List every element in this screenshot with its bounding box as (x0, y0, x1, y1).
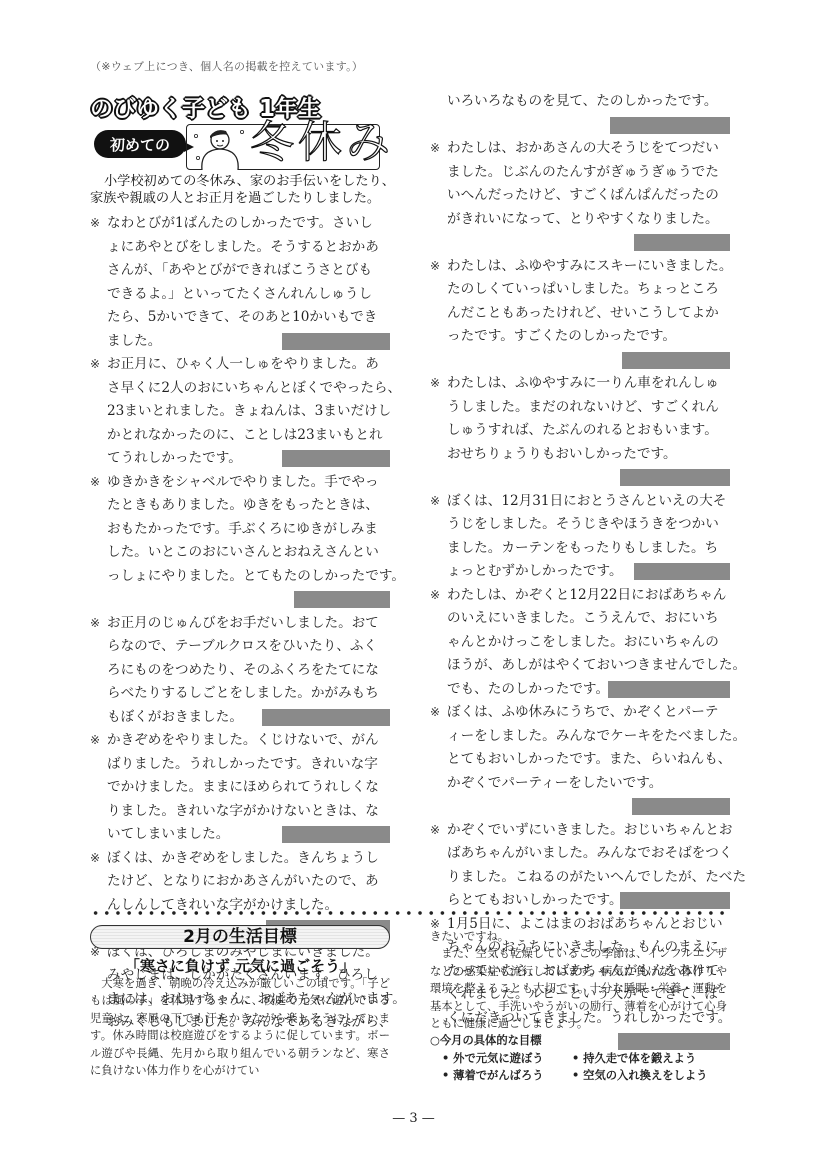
name-redaction-bar (294, 591, 390, 608)
essay-line-text: わたしは、かぞくと12月22日におばあちゃん (447, 587, 726, 603)
essay-line: いろいろなものを見て、たのしかったです。 (447, 90, 730, 114)
asterisk-bullet-icon: ※ (430, 819, 440, 843)
essay-line-text: とてもおいしかったです。また、らいねんも、 (447, 751, 731, 767)
redaction-row (447, 349, 730, 373)
essay-line-text: わたしは、ふゆやすみに一りん車をれんしゅ (447, 375, 719, 391)
name-redaction-bar (622, 352, 730, 369)
essay-line: ぼくは、かきぞめをしました。きんちょうし (107, 847, 390, 871)
essay-line-text: たのしくていっぱいしました。ちょっところ (447, 281, 719, 297)
essay-item: ※ぼくは、ふゆ休みにうちで、かぞくとパーティーをしました。みんなでケーキをたべま… (430, 701, 730, 819)
essay-line: できるよ。」といってたくさんれんしゅうし (107, 283, 390, 307)
essay-line: らとてもおいしかったです。 (447, 889, 730, 913)
asterisk-bullet-icon: ※ (430, 255, 440, 279)
redaction-row (447, 795, 730, 819)
essay-line-text: ぼくは、ふゆ休みにうちで、かぞくとパーテ (447, 704, 718, 720)
essay-line: ぼくは、12月31日におとうさんといえの大そ (447, 490, 730, 514)
target-item: 空気の入れ換えをしよう (572, 1067, 732, 1084)
essay-line: らなので、テーブルクロスをひいたり、ふく (107, 635, 390, 659)
essay-line-text: かきぞめをやりました。くじけないで、がん (107, 732, 379, 748)
essay-line-text: ょにあやとびをしました。そうするとおかあ (107, 239, 379, 255)
targets-list: 外で元気に遊ぼう 持久走で体を鍛えよう 薄着でがんばろう 空気の入れ換えをしよう (430, 1050, 727, 1085)
essay-line: いてしまいました。 (107, 823, 390, 847)
essay-line: たのしくていっぱいしました。ちょっところ (447, 278, 730, 302)
essay-item: ※わたしは、かぞくと12月22日におばあちゃんのいえにいきました。こうえんで、お… (430, 584, 730, 702)
essay-line-text: お正月のじゅんびをお手だいしました。おて (107, 615, 379, 631)
essay-line-text: りました。きれいな字がかけないときは、な (107, 803, 379, 819)
essay-item: いろいろなものを見て、たのしかったです。 (430, 90, 730, 137)
essay-line-text: たら、5かいできて、そのあと10かいもでき (107, 309, 377, 325)
essay-item: ※わたしは、ふゆやすみに一りん車をれんしゅうしました。まだのれないけど、すごくれ… (430, 372, 730, 490)
essay-line-text: ゆきかきをシャベルでやりました。手でやっ (107, 474, 379, 490)
web-privacy-note: （※ウェブ上につき、個人名の掲載を控えています。） (90, 58, 363, 74)
speech-bubble-label: 初めての (94, 130, 186, 158)
name-redaction-bar (282, 333, 390, 350)
essay-line: さ早くに2人のおにいちゃんとぼくでやったら、 (107, 377, 390, 401)
essay-line-text: ろにものをつめたり、そのふくろをたてにな (107, 662, 379, 678)
redaction-row (447, 466, 730, 490)
asterisk-bullet-icon: ※ (90, 212, 100, 236)
essay-line: のいえにいきました。こうえんで、おにいち (447, 607, 730, 631)
essay-line: わたしは、ふゆやすみにスキーにいきました。 (447, 255, 730, 279)
essay-line-text: いてしまいました。 (107, 826, 229, 842)
goal-paragraph-1: 大寒を過ぎ、朝晩の冷え込みが厳しいこの頃です。「子どもは風の子」を体現するように… (90, 975, 390, 1079)
essay-line-text: いへんだったけど、すごくぱんぱんだったの (447, 187, 719, 203)
essay-line-text: ほうが、あしがはやくておいつきませんでした。 (447, 657, 746, 673)
essay-line: んだこともあったけれど、せいこうしてよか (447, 302, 730, 326)
goal-paragraph-1-end: きたいですね。 (430, 928, 727, 945)
monthly-goal-slogan: 「寒さに負けず 元気に過ごそう」 (90, 955, 390, 976)
redaction-row (107, 588, 390, 612)
target-item: 薄着でがんばろう (442, 1067, 572, 1084)
name-redaction-bar (282, 826, 390, 843)
essay-line: ょにあやとびをしました。そうするとおかあ (107, 236, 390, 260)
essay-line-text: らとてもおいしかったです。 (447, 892, 623, 908)
essay-line: うしました。まだのれないけど、すごくれん (447, 396, 730, 420)
essay-line: ろにものをつめたり、そのふくろをたてにな (107, 659, 390, 683)
essay-line: たら、5かいできて、そのあと10かいもでき (107, 306, 390, 330)
snowman-icon (190, 126, 250, 170)
essay-line-text: たときもありました。ゆきをもったときは、 (107, 497, 379, 513)
essay-line: ゆきかきをシャベルでやりました。手でやっ (107, 471, 390, 495)
essay-line-text: たけど、となりにおかあさんがいたので、あ (107, 873, 379, 889)
essay-line: りました。きれいな字がかけないときは、な (107, 800, 390, 824)
essay-line-text: さんが、「あやとびができればこうさとびも (107, 262, 372, 278)
essay-item: ※お正月に、ひゃく人一しゅをやりました。あさ早くに2人のおにいちゃんとぼくでやっ… (90, 353, 390, 471)
essay-item: ※わたしは、おかあさんの大そうじをてつだいました。じぶんのたんすがぎゅうぎゅうで… (430, 137, 730, 255)
monthly-goal-heading: 2月の生活目標 (90, 925, 390, 949)
essay-line: わたしは、かぞくと12月22日におばあちゃん (447, 584, 730, 608)
essay-line: ました。じぶんのたんすがぎゅうぎゅうでた (447, 161, 730, 185)
essay-line-text: かとれなかったのに、ことしは23まいもとれ (107, 427, 383, 443)
essay-line-text: ィーをしました。みんなでケーキをたべました。 (447, 728, 746, 744)
essay-line-text: 23まいとれました。きょねんは、3まいだけし (107, 403, 391, 419)
targets-title: ○今月の具体的な目標 (430, 1032, 727, 1049)
essay-line-text: ょっとむずかしかったです。 (447, 563, 623, 579)
essay-item: ※かぞくでいずにいきました。おじいちゃんとおばあちゃんがいました。みんなでおそば… (430, 819, 730, 913)
name-redaction-bar (620, 469, 730, 486)
essay-line: でも、たのしかったです。 (447, 678, 730, 702)
essay-line: でかけました。ままにほめられてうれしくな (107, 776, 390, 800)
target-item: 外で元気に遊ぼう (442, 1050, 572, 1067)
essay-line-text: わたしは、おかあさんの大そうじをてつだい (447, 140, 719, 156)
essay-line: ほうが、あしがはやくておいつきませんでした。 (447, 654, 730, 678)
essay-line: ばあちゃんがいました。みんなでおそばをつく (447, 842, 730, 866)
essay-line-text: できるよ。」といってたくさんれんしゅうし (107, 286, 372, 302)
essay-line: わたしは、おかあさんの大そうじをてつだい (447, 137, 730, 161)
essay-line: っしょにやりました。とてもたのしかったです。 (107, 565, 390, 589)
essay-line-text: もぼくがおきました。 (107, 709, 243, 725)
name-redaction-bar (620, 892, 730, 909)
essay-line-text: ったです。すごくたのしかったです。 (447, 328, 676, 344)
essay-line-text: した。いとこのおにいさんとおねえさんとい (107, 544, 379, 560)
name-redaction-bar (610, 117, 730, 134)
essay-line-text: わたしは、ふゆやすみにスキーにいきました。 (447, 258, 732, 274)
essay-line-text: おもたかったです。手ぶくろにゆきがしみま (107, 521, 378, 537)
asterisk-bullet-icon: ※ (90, 612, 100, 636)
essay-line: かぞくでパーティーをしたいです。 (447, 772, 730, 796)
essay-line-text: ぼくは、かきぞめをしました。きんちょうし (107, 850, 379, 866)
essay-line-text: ゃんとかけっこをしました。おにいちゃんの (447, 634, 719, 650)
essay-line-text: でかけました。ままにほめられてうれしくな (107, 779, 379, 795)
essay-line-text: ました。じぶんのたんすがぎゅうぎゅうでた (447, 164, 719, 180)
essay-line-text: んだこともあったけれど、せいこうしてよか (447, 305, 719, 321)
essay-item: ※なわとびが1ばんたのしかったです。さいしょにあやとびをしました。そうするとおか… (90, 212, 390, 353)
asterisk-bullet-icon: ※ (90, 353, 100, 377)
goal-paragraph-2: また、空気も乾燥しているこの季節は、インフルエンザなどの感染症も流行しています。… (430, 945, 727, 1032)
intro-text: 小学校初めての冬休み、家のお手伝いをしたり、 家族や親戚の人とお正月を過ごしたり… (90, 173, 400, 207)
essay-line-text: いろいろなものを見て、たのしかったです。 (447, 93, 718, 109)
essay-line-text: かぞくでパーティーをしたいです。 (447, 775, 662, 791)
essay-line-text: らべたりするしごとをしました。かがみもち (107, 685, 379, 701)
essay-line-text: らなので、テーブルクロスをひいたり、ふく (107, 638, 377, 654)
essay-line-text: がきれいになって、とりやすくなりました。 (447, 211, 719, 227)
essay-line: とてもおいしかったです。また、らいねんも、 (447, 748, 730, 772)
intro-line-2: 家族や親戚の人とお正月を過ごしたりしました。 (90, 191, 380, 206)
name-redaction-bar (632, 798, 730, 815)
asterisk-bullet-icon: ※ (90, 729, 100, 753)
essay-line-text: てうれしかったです。 (107, 450, 242, 466)
monthly-goal-body-right: きたいですね。 また、空気も乾燥しているこの季節は、インフルエンザなどの感染症も… (430, 928, 727, 1085)
essay-line-text: お正月に、ひゃく人一しゅをやりました。あ (107, 356, 379, 372)
essay-line: ゃんとかけっこをしました。おにいちゃんの (447, 631, 730, 655)
redaction-row (447, 231, 730, 255)
essay-line-text: っしょにやりました。とてもたのしかったです。 (107, 568, 405, 584)
essay-line-text: ました。 (107, 333, 161, 349)
essay-line-text: ばりました。うれしかったです。きれいな字 (107, 756, 378, 772)
essay-line: お正月のじゅんびをお手だいしました。おて (107, 612, 390, 636)
essay-line-text: かぞくでいずにいきました。おじいちゃんとお (447, 822, 732, 838)
essay-line: ました。カーテンをもったりもしました。ち (447, 537, 730, 561)
essay-line-text: なわとびが1ばんたのしかったです。さいし (107, 215, 373, 231)
essay-line: もぼくがおきました。 (107, 706, 390, 730)
name-redaction-bar (634, 234, 730, 251)
essay-line: らべたりするしごとをしました。かがみもち (107, 682, 390, 706)
essay-line-text: しゅうすれば、たぶんのれるとおもいます。 (447, 422, 718, 438)
essay-item: ※わたしは、ふゆやすみにスキーにいきました。たのしくていっぱいしました。ちょっと… (430, 255, 730, 373)
essay-line-text: ました。カーテンをもったりもしました。ち (447, 540, 718, 556)
asterisk-bullet-icon: ※ (90, 471, 100, 495)
essay-line: いへんだったけど、すごくぱんぱんだったの (447, 184, 730, 208)
asterisk-bullet-icon: ※ (430, 490, 440, 514)
page-number: — 3 — (0, 1111, 827, 1126)
asterisk-bullet-icon: ※ (90, 847, 100, 871)
asterisk-bullet-icon: ※ (430, 372, 440, 396)
essay-item: ※かきぞめをやりました。くじけないで、がんばりました。うれしかったです。きれいな… (90, 729, 390, 847)
essay-line-text: でも、たのしかったです。 (447, 681, 609, 697)
essay-line: ばりました。うれしかったです。きれいな字 (107, 753, 390, 777)
essay-line: りました。こねるのがたいへんでしたが、たべた (447, 866, 730, 890)
essay-line: うじをしました。そうじきやほうきをつかい (447, 513, 730, 537)
redaction-row (447, 114, 730, 138)
essay-line: わたしは、ふゆやすみに一りん車をれんしゅ (447, 372, 730, 396)
name-redaction-bar (608, 681, 730, 698)
essay-line: ィーをしました。みんなでケーキをたべました。 (447, 725, 730, 749)
essay-line-text: うしました。まだのれないけど、すごくれん (447, 399, 719, 415)
essay-item: ※ゆきかきをシャベルでやりました。手でやったときもありました。ゆきをもったときは… (90, 471, 390, 612)
target-item: 持久走で体を鍛えよう (572, 1050, 732, 1067)
essay-line: 23まいとれました。きょねんは、3まいだけし (107, 400, 390, 424)
essay-line: ょっとむずかしかったです。 (447, 560, 730, 584)
essay-line: しゅうすれば、たぶんのれるとおもいます。 (447, 419, 730, 443)
essay-line: かとれなかったのに、ことしは23まいもとれ (107, 424, 390, 448)
monthly-goal-body-left: 大寒を過ぎ、朝晩の冷え込みが厳しいこの頃です。「子どもは風の子」を体現するように… (90, 975, 390, 1079)
essay-item: ※ぼくは、12月31日におとうさんといえの大そうじをしました。そうじきやほうきを… (430, 490, 730, 584)
essay-line: さんが、「あやとびができればこうさとびも (107, 259, 390, 283)
name-redaction-bar (262, 709, 390, 726)
name-redaction-bar (282, 450, 390, 467)
essay-line-text: のいえにいきました。こうえんで、おにいち (447, 610, 719, 626)
essay-line: ったです。すごくたのしかったです。 (447, 325, 730, 349)
essay-line: お正月に、ひゃく人一しゅをやりました。あ (107, 353, 390, 377)
asterisk-bullet-icon: ※ (430, 701, 440, 725)
essay-line-text: さ早くに2人のおにいちゃんとぼくでやったら、 (107, 380, 401, 396)
intro-line-1: 小学校初めての冬休み、家のお手伝いをしたり、 (90, 173, 400, 190)
essay-line: てうれしかったです。 (107, 447, 390, 471)
essay-line: おせちりょうりもおいしかったです。 (447, 443, 730, 467)
essay-line: した。いとこのおにいさんとおねえさんとい (107, 541, 390, 565)
essay-line: ぼくは、ふゆ休みにうちで、かぞくとパーテ (447, 701, 730, 725)
essay-line-text: うじをしました。そうじきやほうきをつかい (447, 516, 719, 532)
essay-line: なわとびが1ばんたのしかったです。さいし (107, 212, 390, 236)
essay-line-text: ばあちゃんがいました。みんなでおそばをつく (447, 845, 732, 861)
winter-vacation-title: 冬休み (250, 116, 394, 170)
asterisk-bullet-icon: ※ (430, 137, 440, 161)
essay-item: ※お正月のじゅんびをお手だいしました。おてらなので、テーブルクロスをひいたり、ふ… (90, 612, 390, 730)
essay-line: たときもありました。ゆきをもったときは、 (107, 494, 390, 518)
essay-line: かぞくでいずにいきました。おじいちゃんとお (447, 819, 730, 843)
essay-line-text: ぼくは、12月31日におとうさんといえの大そ (447, 493, 726, 509)
essay-line-text: おせちりょうりもおいしかったです。 (447, 446, 677, 462)
essay-line: かきぞめをやりました。くじけないで、がん (107, 729, 390, 753)
essay-line: がきれいになって、とりやすくなりました。 (447, 208, 730, 232)
dotted-divider (90, 910, 730, 916)
essay-line: ました。 (107, 330, 390, 354)
right-essay-column: いろいろなものを見て、たのしかったです。※わたしは、おかあさんの大そうじをてつだ… (430, 90, 730, 1054)
essay-line: おもたかったです。手ぶくろにゆきがしみま (107, 518, 390, 542)
essay-line-text: りました。こねるのがたいへんでしたが、たべた (447, 869, 746, 885)
name-redaction-bar (634, 563, 730, 580)
asterisk-bullet-icon: ※ (430, 584, 440, 608)
essay-line: たけど、となりにおかあさんがいたので、あ (107, 870, 390, 894)
